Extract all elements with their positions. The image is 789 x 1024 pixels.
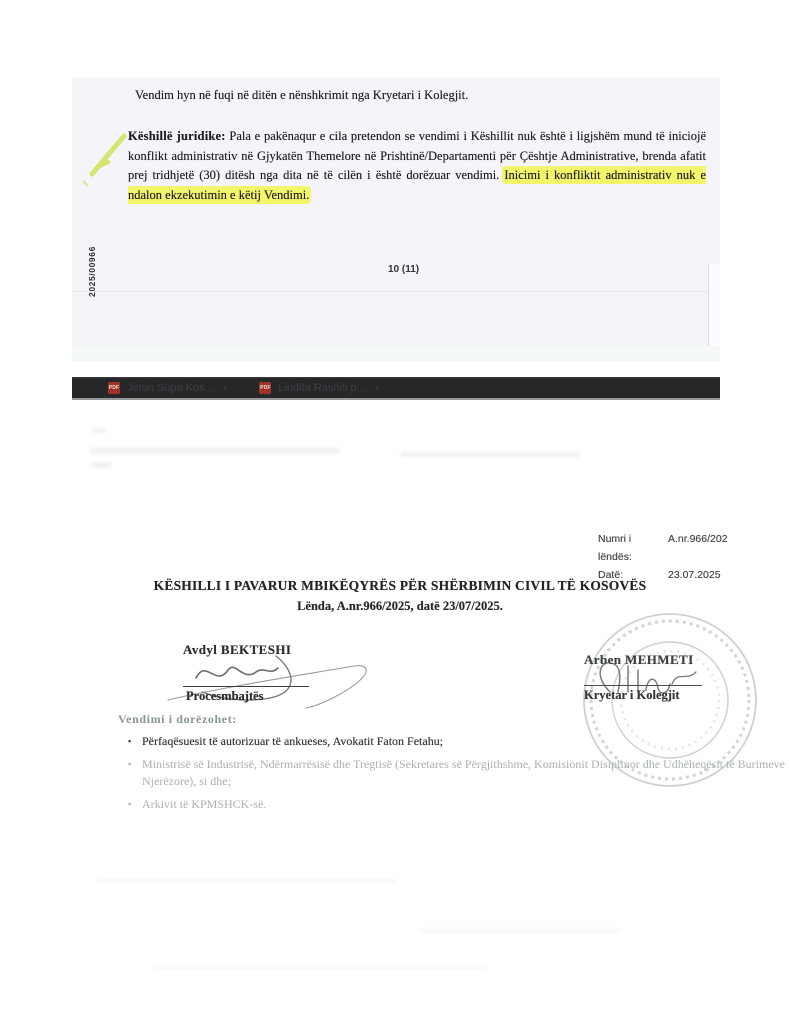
scan-smudge: [92, 428, 106, 433]
scan-smudge: [95, 878, 395, 883]
chevron-down-icon[interactable]: ▾: [223, 383, 228, 394]
pdf-file-icon: PDF: [108, 382, 120, 394]
delivery-section: Vendimi i dorëzohet: ▪ Përfaqësuesit të …: [118, 712, 789, 813]
page-number: 10 (11): [388, 264, 419, 275]
list-item: ▪ Ministrisë së Industrisë, Ndërmarrësis…: [118, 756, 789, 790]
scan-smudge: [150, 965, 490, 970]
case-meta-block: Numri i lëndës: A.nr.966/202 Datë: 23.07…: [598, 530, 728, 584]
legal-advice-paragraph: Këshillë juridike: Pala e pakënaqur e ci…: [128, 127, 706, 205]
scan-smudge: [420, 928, 620, 933]
scan-smudge: [400, 452, 580, 457]
signature-line-left: [183, 686, 309, 687]
scan-smudge: [90, 448, 340, 454]
chevron-down-icon[interactable]: ▾: [375, 383, 380, 394]
bullet-icon: ▪: [128, 733, 142, 750]
intro-paragraph: Vendim hyn në fuqi në ditën e nënshkrimi…: [135, 86, 695, 105]
legal-advice-label: Këshillë juridike:: [128, 129, 226, 143]
delivery-heading: Vendimi i dorëzohet:: [118, 712, 789, 727]
signer-right-role: Kryetar i Kolegjit: [584, 688, 680, 703]
signer-left-role: Procesmbajtës: [186, 689, 264, 704]
institution-title: KËSHILLI I PAVARUR MBIKËQYRËS PËR SHËRBI…: [60, 578, 740, 594]
highlighter-checkmark-icon: [78, 130, 130, 188]
handwritten-signature-left: [158, 648, 388, 714]
signature-line-right: [584, 685, 702, 686]
download-item-2[interactable]: PDF Lindita Rashiti p... ▾: [253, 378, 385, 398]
scan-fold-line: [72, 291, 720, 292]
case-number-value: A.nr.966/202: [668, 530, 728, 566]
delivery-item-text: Ministrisë së Industrisë, Ndërmarrësisë …: [142, 756, 789, 790]
case-number-label: Numri i lëndës:: [598, 530, 668, 566]
bullet-icon: ▪: [128, 756, 142, 790]
list-item: ▪ Përfaqësuesit të autorizuar të ankuese…: [118, 733, 789, 750]
screenshot-canvas: Vendim hyn në fuqi në ditën e nënshkrimi…: [0, 0, 789, 1024]
delivery-item-text: Arkivit të KPMSHCK-së.: [142, 796, 266, 813]
margin-case-number-vertical: 2025/00966: [87, 225, 97, 297]
downloads-bar: PDF Jeton Supa Kos... ▾ PDF Lindita Rash…: [72, 377, 720, 400]
page1-footer-strip: [72, 346, 720, 362]
pdf-file-icon: PDF: [259, 382, 271, 394]
download-item-1[interactable]: PDF Jeton Supa Kos... ▾: [102, 378, 233, 398]
bullet-icon: ▪: [128, 796, 142, 813]
download-filename: Jeton Supa Kos...: [127, 382, 214, 394]
download-filename: Lindita Rashiti p...: [278, 382, 365, 394]
scan-smudge: [90, 462, 112, 468]
scanned-page-1: Vendim hyn në fuqi në ditën e nënshkrimi…: [72, 78, 720, 362]
delivery-item-text: Përfaqësuesit të autorizuar të ankueses,…: [142, 733, 443, 750]
list-item: ▪ Arkivit të KPMSHCK-së.: [118, 796, 789, 813]
